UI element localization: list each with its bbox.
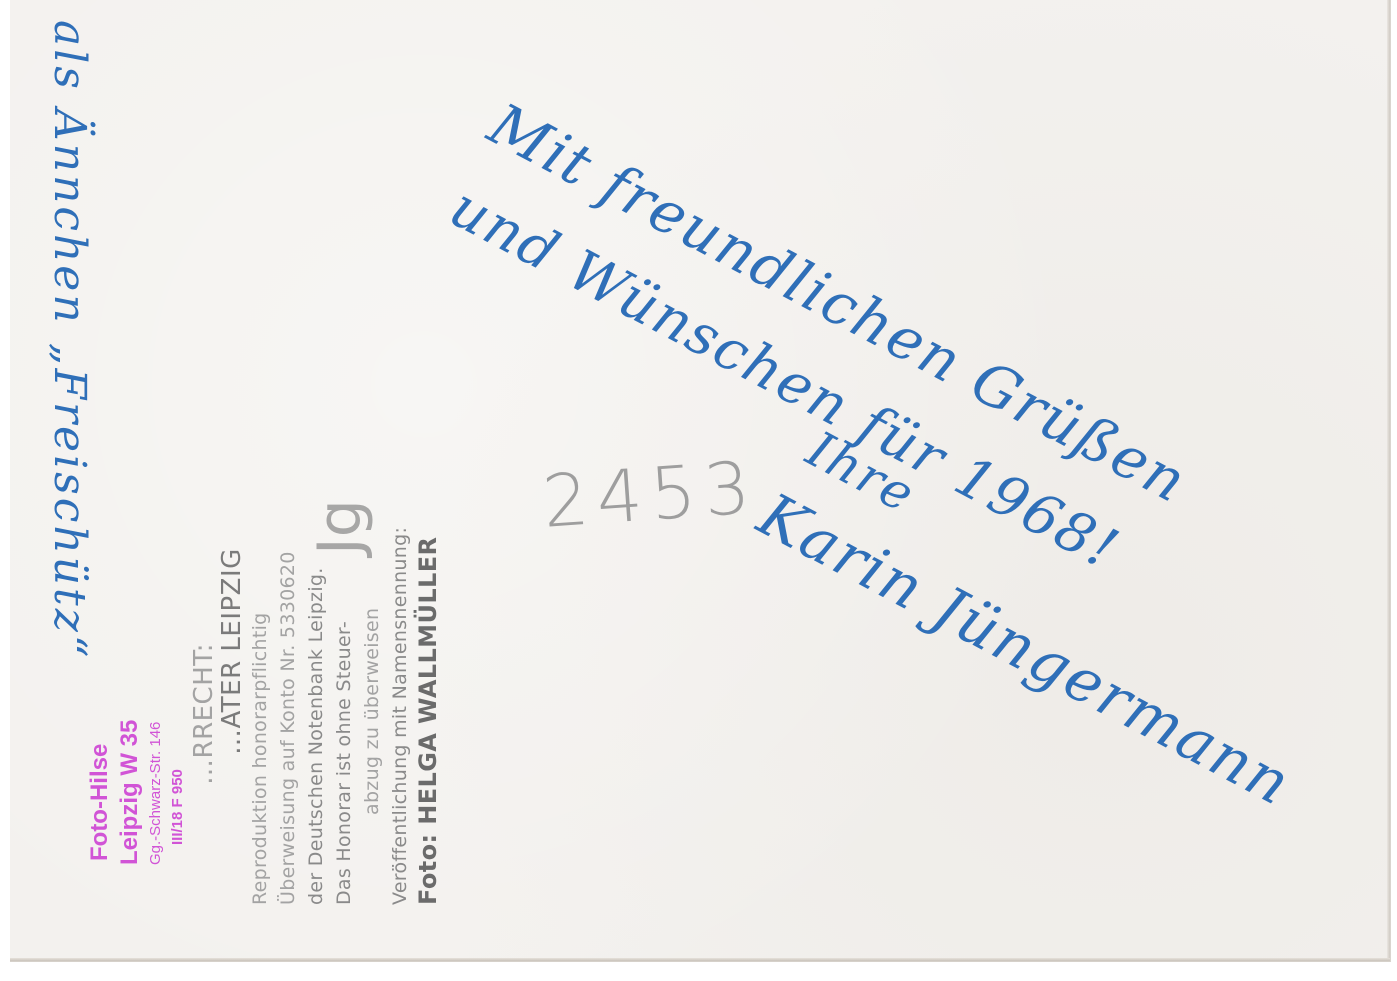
- stamp-line-reproduction: Reproduktion honorarpflichtig: [246, 527, 274, 905]
- stamp-line-publication: Veröffentlichung mit Namensnennung:: [386, 527, 414, 905]
- lab-license: III/18 F 950: [167, 720, 189, 865]
- lab-name: Foto-Hilse: [85, 720, 115, 865]
- stamp-line-account: Überweisung auf Konto Nr. 5330620: [274, 527, 302, 905]
- copyright-stamp: …RRECHT: …ATER LEIPZIG Reproduktion hono…: [190, 527, 442, 905]
- stamp-line-bank: der Deutschen Notenbank Leipzig.: [302, 527, 330, 905]
- photo-lab-stamp: Foto-Hilse Leipzig W 35 Gg.-Schwarz-Str.…: [85, 720, 189, 865]
- handwritten-side-note: als Ännchen „Freischütz“: [44, 20, 95, 660]
- pencil-initials: Jg: [305, 499, 375, 555]
- stamp-line-fee: Das Honorar ist ohne Steuer-: [330, 527, 358, 905]
- pencil-number: 2453: [540, 445, 761, 544]
- stamp-line-theater: …ATER LEIPZIG: [218, 527, 246, 905]
- lab-street: Gg.-Schwarz-Str. 146: [145, 720, 167, 865]
- lab-city: Leipzig W 35: [115, 720, 145, 865]
- stamp-line-heading: …RRECHT:: [190, 527, 218, 905]
- card-edge-right: [1387, 0, 1390, 961]
- card-edge-bottom: [10, 958, 1390, 961]
- stamp-line-photo-credit: Foto: HELGA WALLMÜLLER: [414, 527, 442, 905]
- stamp-line-transfer: abzug zu überweisen: [358, 527, 386, 905]
